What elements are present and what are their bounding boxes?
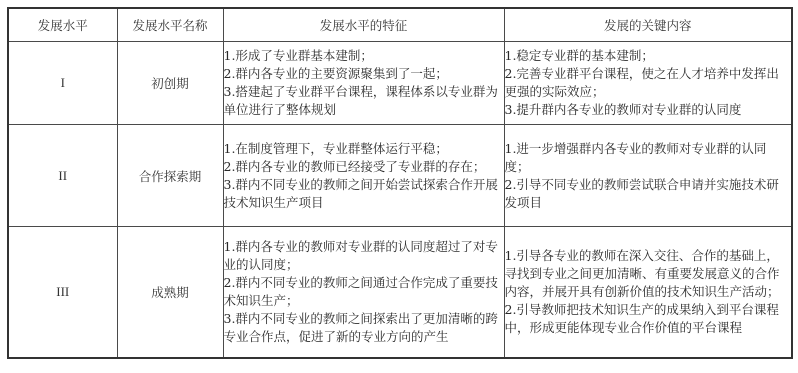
key-content-item: 2.引导不同专业的教师尝试联合申请并实施技术研发项目: [505, 176, 792, 212]
feature-item: 1.在制度管理下，专业群整体运行平稳；: [224, 140, 504, 158]
level-name-cell: 初创期: [117, 42, 223, 125]
level-cell: II: [8, 125, 117, 227]
header-level: 发展水平: [8, 8, 117, 42]
key-content-item: 3.提升群内各专业的教师对专业群的认同度: [505, 101, 792, 119]
key-content-item: 1.进一步增强群内各专业的教师对专业群的认同度；: [505, 140, 792, 176]
feature-item: 2.群内不同专业的教师之间通过合作完成了重要技术知识生产；: [224, 274, 504, 310]
level-name-cell: 成熟期: [117, 227, 223, 359]
feature-item: 2.群内各专业的教师已经接受了专业群的存在；: [224, 158, 504, 176]
feature-item: 3.群内不同专业的教师之间开始尝试探索合作开展技术知识生产项目: [224, 176, 504, 212]
header-features: 发展水平的特征: [223, 8, 504, 42]
features-cell: 1.群内各专业的教师对专业群的认同度超过了对专业的认同度； 2.群内不同专业的教…: [223, 227, 504, 359]
level-name-cell: 合作探索期: [117, 125, 223, 227]
header-key-content: 发展的关键内容: [504, 8, 792, 42]
level-cell: I: [8, 42, 117, 125]
key-content-cell: 1.稳定专业群的基本建制； 2.完善专业群平台课程，使之在人才培养中发挥出更强的…: [504, 42, 792, 125]
key-content-cell: 1.引导各专业的教师在深入交往、合作的基础上，寻找到专业之间更加清晰、有重要发展…: [504, 227, 792, 359]
table-row: I 初创期 1.形成了专业群基本建制； 2.群内各专业的主要资源聚集到了一起； …: [8, 42, 792, 125]
features-cell: 1.形成了专业群基本建制； 2.群内各专业的主要资源聚集到了一起； 3.搭建起了…: [223, 42, 504, 125]
feature-item: 1.形成了专业群基本建制；: [224, 47, 504, 65]
feature-item: 3.搭建起了专业群平台课程，课程体系以专业群为单位进行了整体规划: [224, 83, 504, 119]
header-level-name: 发展水平名称: [117, 8, 223, 42]
feature-item: 1.群内各专业的教师对专业群的认同度超过了对专业的认同度；: [224, 238, 504, 274]
key-content-cell: 1.进一步增强群内各专业的教师对专业群的认同度； 2.引导不同专业的教师尝试联合…: [504, 125, 792, 227]
table-row: II 合作探索期 1.在制度管理下，专业群整体运行平稳； 2.群内各专业的教师已…: [8, 125, 792, 227]
level-cell: III: [8, 227, 117, 359]
key-content-item: 2.完善专业群平台课程，使之在人才培养中发挥出更强的实际效应；: [505, 65, 792, 101]
key-content-item: 2.引导教师把技术知识生产的成果纳入到平台课程中，形成更能体现专业合作价值的平台…: [505, 301, 792, 337]
level-numeral: I: [61, 75, 65, 90]
feature-item: 3.群内不同专业的教师之间探索出了更加清晰的跨专业合作点，促进了新的专业方向的产…: [224, 310, 504, 346]
level-numeral: III: [56, 284, 69, 299]
development-levels-table: 发展水平 发展水平名称 发展水平的特征 发展的关键内容 I 初创期 1.形成了专…: [7, 7, 793, 359]
features-cell: 1.在制度管理下，专业群整体运行平稳； 2.群内各专业的教师已经接受了专业群的存…: [223, 125, 504, 227]
feature-item: 2.群内各专业的主要资源聚集到了一起；: [224, 65, 504, 83]
key-content-item: 1.引导各专业的教师在深入交往、合作的基础上，寻找到专业之间更加清晰、有重要发展…: [505, 247, 792, 301]
table-row: III 成熟期 1.群内各专业的教师对专业群的认同度超过了对专业的认同度； 2.…: [8, 227, 792, 359]
header-row: 发展水平 发展水平名称 发展水平的特征 发展的关键内容: [8, 8, 792, 42]
level-numeral: II: [58, 168, 67, 183]
key-content-item: 1.稳定专业群的基本建制；: [505, 47, 792, 65]
